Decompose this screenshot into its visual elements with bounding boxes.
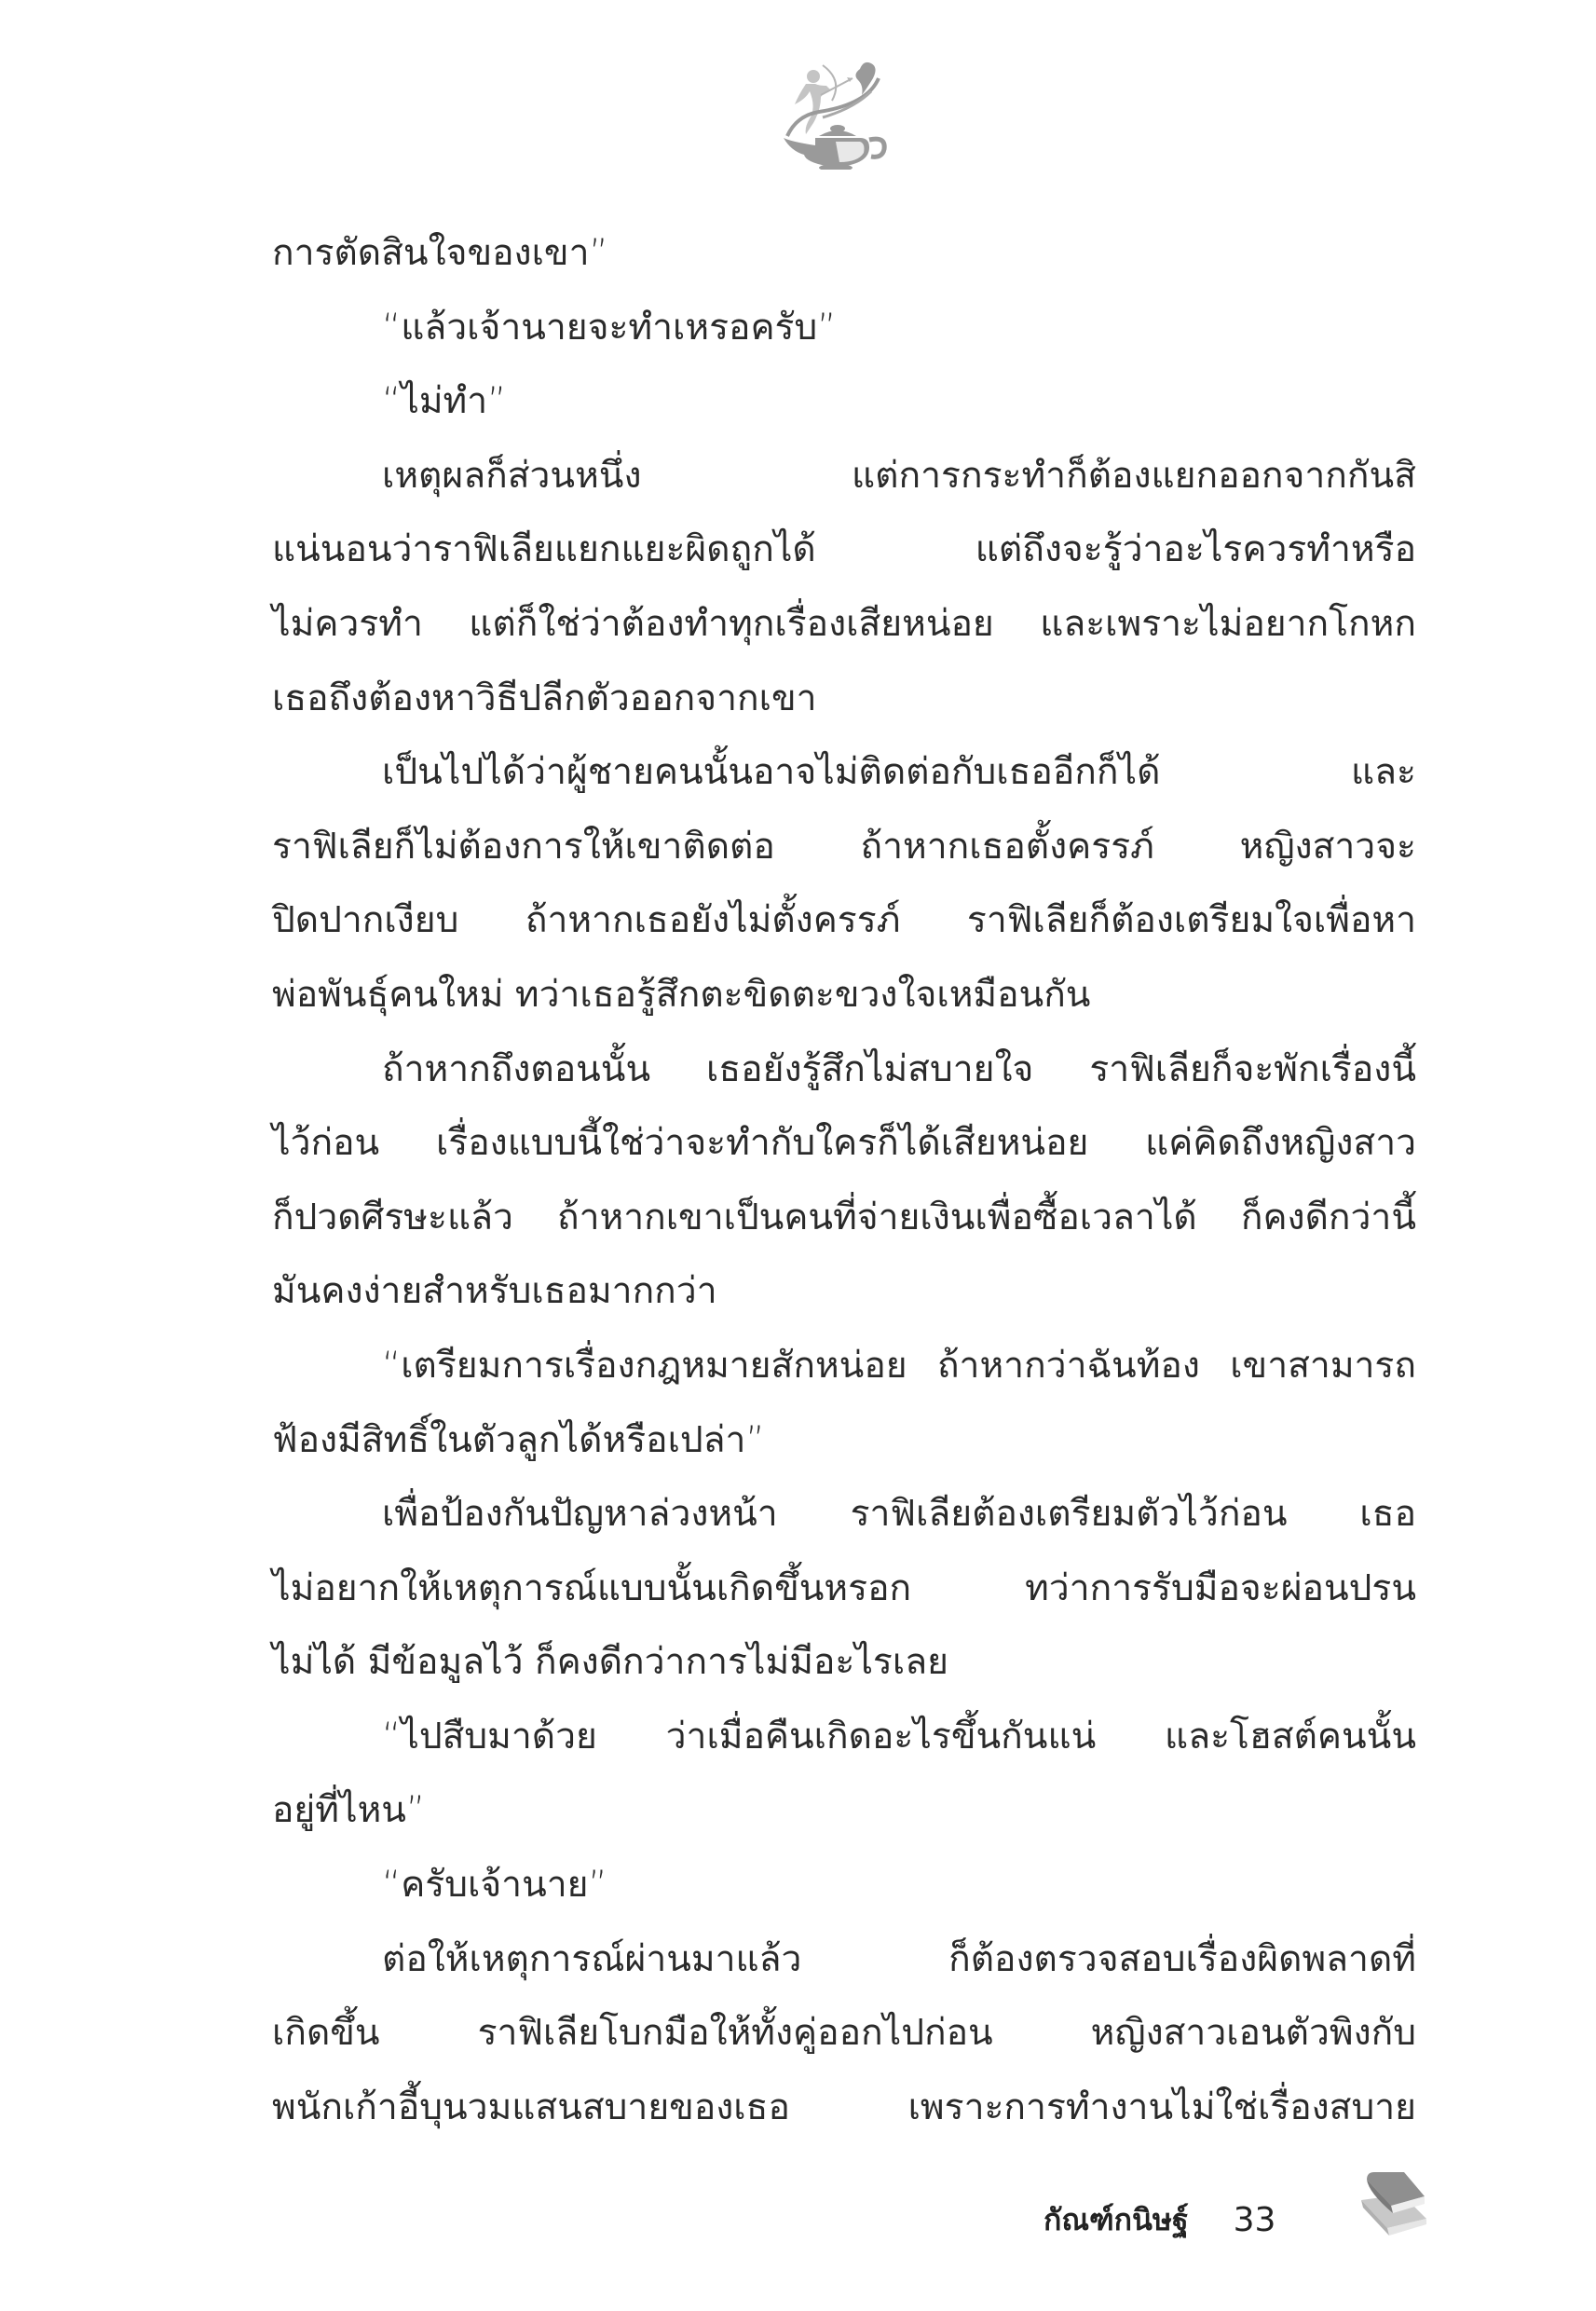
text-line: ต่อให้เหตุการณ์ผ่านมาแล้ว ก็ต้องตรวจสอบเ… — [272, 1922, 1416, 1997]
stacked-books-icon — [1356, 2167, 1430, 2241]
text-line-content: “เตรียมการเรื่องกฎหมายสักหน่อย ถ้าหากว่า… — [382, 1329, 1416, 1403]
text-line: ราฟิเลียก็ไม่ต้องการให้เขาติดต่อ ถ้าหากเ… — [272, 810, 1416, 884]
text-line: ไว้ก่อน เรื่องแบบนี้ใช่ว่าจะทำกับใครก็ได… — [272, 1106, 1416, 1181]
genie-lamp-cupid-icon — [778, 58, 899, 170]
text-line: ปิดปากเงียบ ถ้าหากเธอยังไม่ตั้งครรภ์ ราฟ… — [272, 883, 1416, 958]
page-footer: กัณฑ์กนิษฐ์ 33 — [1044, 2192, 1275, 2248]
page-number: 33 — [1234, 2201, 1276, 2239]
text-line: เหตุผลก็ส่วนหนึ่ง แต่การกระทำก็ต้องแยกออ… — [272, 439, 1416, 513]
book-page: การตัดสินใจของเขา”“แล้วเจ้านายจะทำเหรอคร… — [0, 0, 1596, 2311]
text-line: เธอถึงต้องหาวิธีปลีกตัวออกจากเขา — [272, 662, 1416, 736]
text-line: มันคงง่ายสำหรับเธอมากกว่า — [272, 1254, 1416, 1329]
text-line: พนักเก้าอี้บุนวมแสนสบายของเธอ เพราะการทำ… — [272, 2071, 1416, 2145]
text-line: เพื่อป้องกันปัญหาล่วงหน้า ราฟิเลียต้องเต… — [272, 1477, 1416, 1552]
chapter-body-text: การตัดสินใจของเขา”“แล้วเจ้านายจะทำเหรอคร… — [272, 216, 1416, 2144]
book-title: กัณฑ์กนิษฐ์ — [1044, 2196, 1189, 2244]
text-line: การตัดสินใจของเขา” — [272, 216, 1416, 291]
text-line-content: เป็นไปได้ว่าผู้ชายคนนั้นอาจไม่ติดต่อกับเ… — [382, 735, 1416, 810]
text-line: ถ้าหากถึงตอนนั้น เธอยังรู้สึกไม่สบายใจ ร… — [272, 1032, 1416, 1107]
text-line: พ่อพันธุ์คนใหม่ ทว่าเธอรู้สึกตะขิดตะขวงใ… — [272, 958, 1416, 1032]
text-line-content: เพื่อป้องกันปัญหาล่วงหน้า ราฟิเลียต้องเต… — [382, 1477, 1416, 1552]
text-line: เป็นไปได้ว่าผู้ชายคนนั้นอาจไม่ติดต่อกับเ… — [272, 735, 1416, 810]
text-line-content: ต่อให้เหตุการณ์ผ่านมาแล้ว ก็ต้องตรวจสอบเ… — [382, 1922, 1416, 1997]
text-line: “เตรียมการเรื่องกฎหมายสักหน่อย ถ้าหากว่า… — [272, 1329, 1416, 1403]
text-line: “ไปสืบมาด้วย ว่าเมื่อคืนเกิดอะไรขึ้นกันแ… — [272, 1700, 1416, 1774]
text-line: ไม่ควรทำ แต่ก็ใช่ว่าต้องทำทุกเรื่องเสียห… — [272, 587, 1416, 662]
text-line-content: ถ้าหากถึงตอนนั้น เธอยังรู้สึกไม่สบายใจ ร… — [382, 1032, 1416, 1107]
text-line: แน่นอนว่าราฟิเลียแยกแยะผิดถูกได้ แต่ถึงจ… — [272, 513, 1416, 587]
text-line: อยู่ที่ไหน” — [272, 1773, 1416, 1848]
text-line: “แล้วเจ้านายจะทำเหรอครับ” — [272, 291, 1416, 365]
text-line: ไม่อยากให้เหตุการณ์แบบนั้นเกิดขึ้นหรอก ท… — [272, 1552, 1416, 1626]
text-line: ก็ปวดศีรษะแล้ว ถ้าหากเขาเป็นคนที่จ่ายเงิ… — [272, 1181, 1416, 1255]
text-line: ฟ้องมีสิทธิ์ในตัวลูกได้หรือเปล่า” — [272, 1403, 1416, 1478]
text-line: เกิดขึ้น ราฟิเลียโบกมือให้ทั้งคู่ออกไปก่… — [272, 1996, 1416, 2071]
text-line: “ครับเจ้านาย” — [272, 1848, 1416, 1922]
text-line-content: “ไปสืบมาด้วย ว่าเมื่อคืนเกิดอะไรขึ้นกันแ… — [382, 1700, 1416, 1774]
text-line-content: เหตุผลก็ส่วนหนึ่ง แต่การกระทำก็ต้องแยกออ… — [382, 439, 1416, 513]
text-line: “ไม่ทำ” — [272, 364, 1416, 439]
text-line: ไม่ได้ มีข้อมูลไว้ ก็คงดีกว่าการไม่มีอะไ… — [272, 1625, 1416, 1700]
